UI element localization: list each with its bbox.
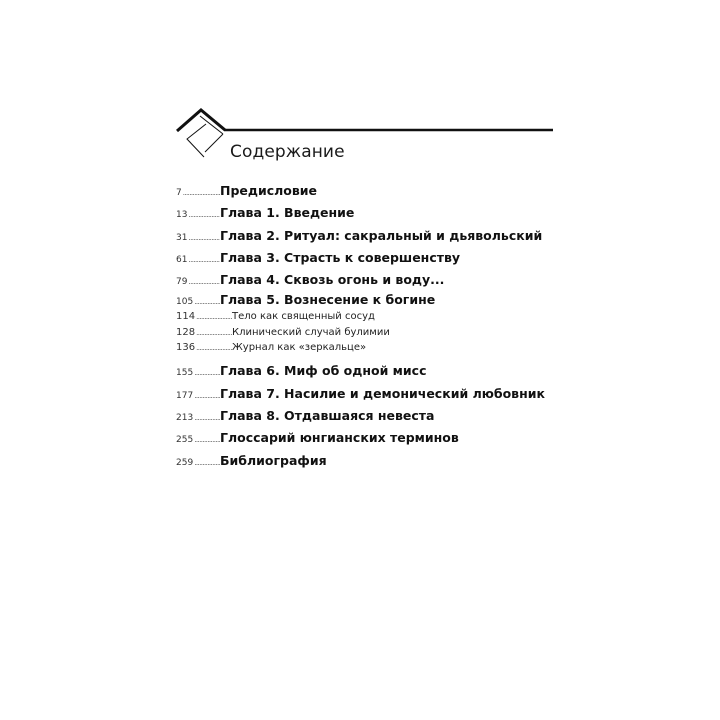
- toc-entry[interactable]: 61..............................Глава 3.…: [176, 250, 460, 265]
- toc-entry-label: Глава 7. Насилие и демонический любовник: [220, 386, 545, 401]
- toc-entry[interactable]: 105..............................Глава 5…: [176, 292, 435, 307]
- toc-entry[interactable]: 7..............................Предислов…: [176, 183, 317, 198]
- toc-entry[interactable]: 136..............................Журнал …: [176, 342, 366, 353]
- toc-entry-label: Глава 5. Вознесение к богине: [220, 292, 435, 307]
- toc-entry[interactable]: 155..............................Глава 6…: [176, 363, 426, 378]
- toc-entry-label: Глава 6. Миф об одной мисс: [220, 363, 426, 378]
- toc-page-number: 13: [176, 210, 187, 220]
- toc-entry-label: Глоссарий юнгианских терминов: [220, 430, 459, 445]
- toc-page-number: 105: [176, 297, 193, 307]
- header-ornament: [0, 0, 720, 170]
- toc-page-number: 79: [176, 277, 187, 287]
- toc-leader-dots: ..............................: [196, 329, 232, 337]
- toc-leader-dots: ..............................: [194, 392, 220, 400]
- toc-leader-dots: ..............................: [188, 211, 220, 219]
- toc-entry-label: Журнал как «зеркальце»: [232, 342, 366, 353]
- toc-entry[interactable]: 255..............................Глоссар…: [176, 430, 459, 445]
- toc-leader-dots: ..............................: [188, 278, 220, 286]
- toc-entry-label: Предисловие: [220, 183, 317, 198]
- toc-entry[interactable]: 259..............................Библиог…: [176, 453, 327, 468]
- toc-entry-label: Глава 2. Ритуал: сакральный и дьявольски…: [220, 228, 542, 243]
- toc-page-number: 255: [176, 435, 193, 445]
- toc-leader-dots: ..............................: [194, 459, 220, 467]
- toc-leader-dots: ..............................: [188, 256, 220, 264]
- toc-leader-dots: ..............................: [188, 234, 220, 242]
- toc-leader-dots: ..............................: [196, 313, 232, 321]
- toc-page-number: 31: [176, 233, 187, 243]
- toc-entry-label: Глава 4. Сквозь огонь и воду...: [220, 272, 444, 287]
- toc-entry[interactable]: 177..............................Глава 7…: [176, 386, 545, 401]
- toc-leader-dots: ..............................: [194, 298, 220, 306]
- toc-leader-dots: ..............................: [194, 414, 220, 422]
- toc-leader-dots: ..............................: [196, 344, 232, 352]
- toc-entry-label: Библиография: [220, 453, 327, 468]
- toc-entry[interactable]: 114..............................Тело ка…: [176, 311, 375, 322]
- toc-leader-dots: ..............................: [194, 436, 220, 444]
- toc-page-number: 213: [176, 413, 193, 423]
- toc-entry[interactable]: 31..............................Глава 2.…: [176, 228, 542, 243]
- toc-page-number: 155: [176, 368, 193, 378]
- toc-page-number: 7: [176, 188, 182, 198]
- toc-entry[interactable]: 79..............................Глава 4.…: [176, 272, 444, 287]
- toc-entry-label: Глава 1. Введение: [220, 205, 354, 220]
- toc-entry-label: Тело как священный сосуд: [232, 311, 375, 322]
- toc-entry-label: Глава 8. Отдавшаяся невеста: [220, 408, 434, 423]
- toc-page-number: 61: [176, 255, 187, 265]
- toc-entry[interactable]: 213..............................Глава 8…: [176, 408, 434, 423]
- toc-entry[interactable]: 128..............................Клиниче…: [176, 327, 390, 338]
- toc-page-number: 259: [176, 458, 193, 468]
- toc-entry-label: Клинический случай булимии: [232, 327, 390, 338]
- toc-entry-label: Глава 3. Страсть к совершенству: [220, 250, 460, 265]
- toc-page-number: 128: [176, 327, 195, 338]
- toc-page-number: 136: [176, 342, 195, 353]
- toc-entry[interactable]: 13..............................Глава 1.…: [176, 205, 354, 220]
- toc-page-number: 114: [176, 311, 195, 322]
- toc-page-number: 177: [176, 391, 193, 401]
- toc-leader-dots: ..............................: [194, 369, 220, 377]
- house-corner-ornament-icon: [177, 110, 225, 157]
- toc-leader-dots: ..............................: [183, 189, 220, 197]
- page-title: Содержание: [230, 142, 345, 162]
